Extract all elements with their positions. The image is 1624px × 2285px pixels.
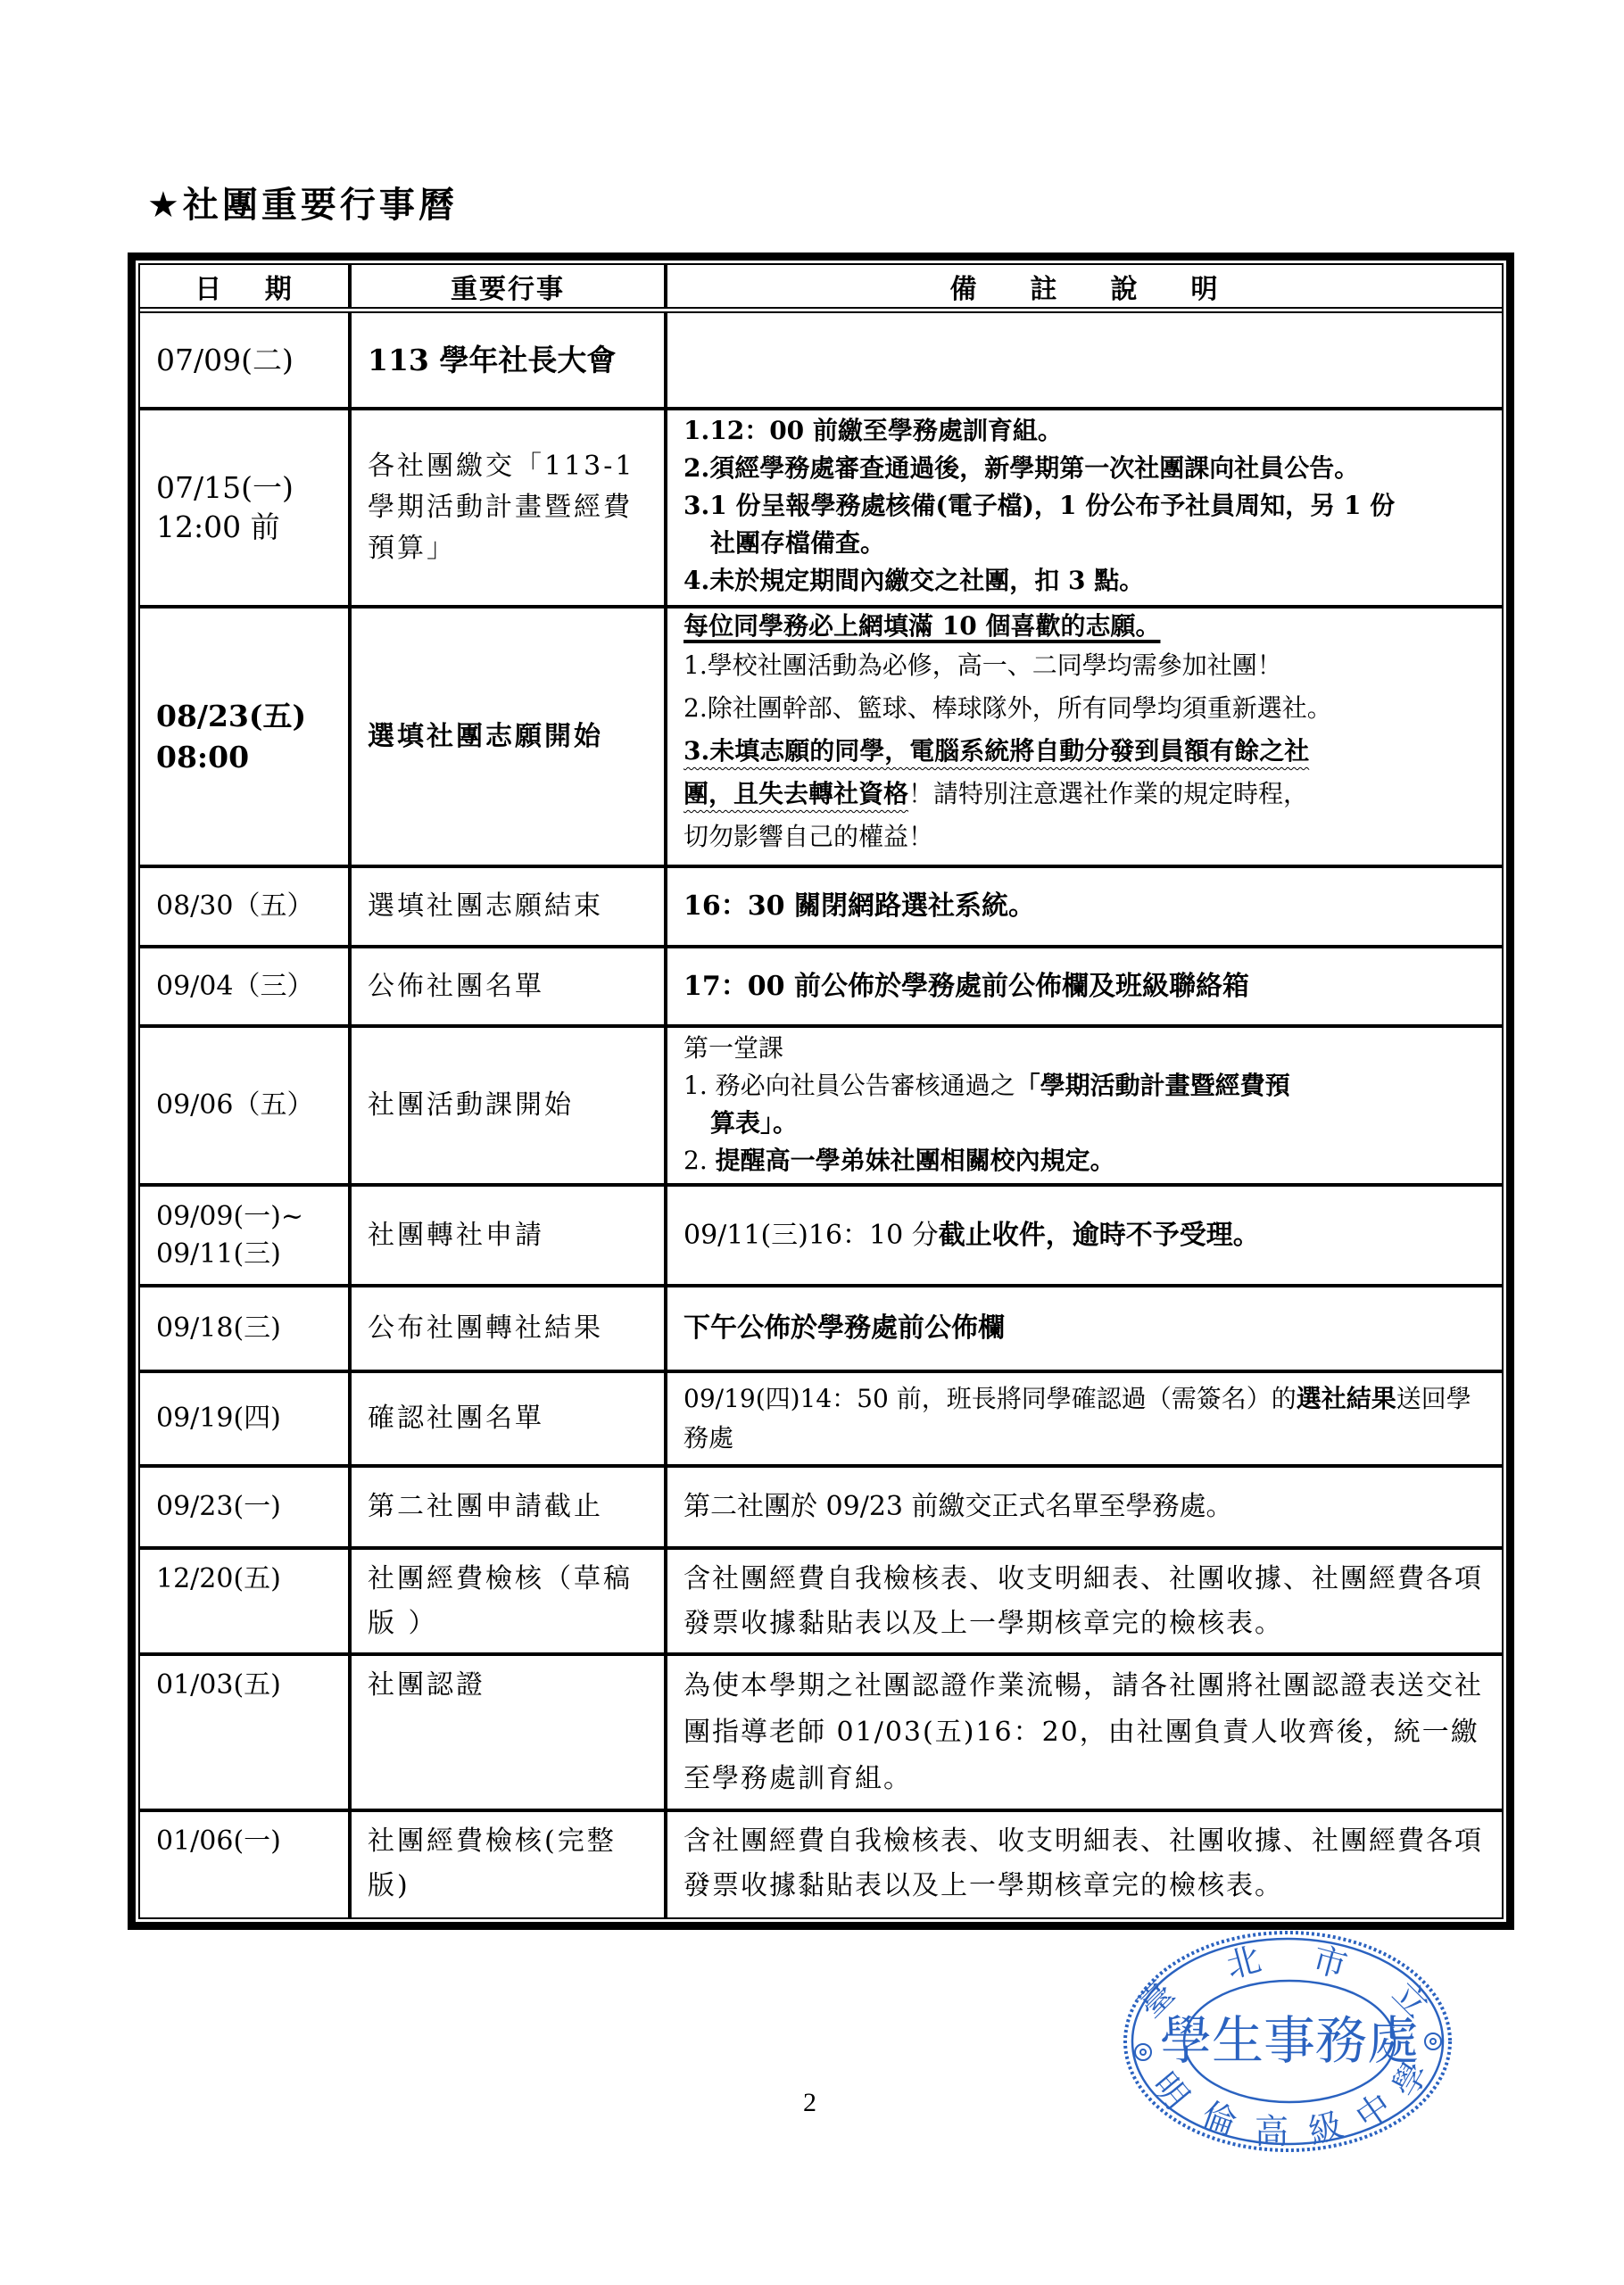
table-row: 07/15(一) 12:00 前 各社團繳交「113-1 學期活動計畫暨經費預算…	[140, 410, 1502, 609]
event-cell: 各社團繳交「113-1 學期活動計畫暨經費預算」	[352, 410, 667, 605]
event-text: 113 學年社長大會	[368, 338, 648, 383]
date-text: 08/30（五）	[156, 884, 332, 929]
event-text: 確認社團名單	[368, 1396, 648, 1441]
svg-text:高: 高	[1255, 2112, 1288, 2151]
note-emphasis: 截止收件，逾時不予受理。	[939, 1220, 1260, 1251]
time-text: 08:00	[156, 737, 332, 778]
event-cell: 社團經費檢核（草稿版 ）	[352, 1550, 667, 1652]
date-text: 08/23(五)	[156, 696, 332, 737]
svg-text:市: 市	[1308, 1939, 1351, 1985]
note-emphasis: 「學期活動計畫暨經費預	[1015, 1071, 1290, 1100]
notes-cell: 09/19(四)14：50 前，班長將同學確認過（需簽名）的選社結果送回學務處	[667, 1373, 1502, 1464]
header-notes-char: 備	[950, 267, 979, 306]
header-notes-char: 說	[1111, 267, 1139, 306]
note-line: 2.須經學務處審查通過後，新學期第一次社團課向社員公告。	[684, 450, 1486, 487]
event-cell: 社團轉社申請	[352, 1187, 667, 1284]
date-cell: 08/30（五）	[140, 868, 352, 945]
time-text: 12:00 前	[156, 508, 332, 547]
note-emphasis: 提醒高一學弟妹社團相關校內規定。	[716, 1146, 1115, 1175]
date-cell: 09/18(三)	[140, 1287, 352, 1370]
note-line: 2.除社團幹部、籃球、棒球隊外，所有同學均須重新選社。	[684, 687, 1486, 730]
date-cell: 09/09(一)~ 09/11(三)	[140, 1187, 352, 1284]
date-text: 09/18(三)	[156, 1306, 332, 1351]
note-warning: 3.未填志願的同學，電腦系統將自動分發到員額有餘之社	[684, 736, 1309, 766]
event-cell: 社團經費檢核(完整版)	[352, 1812, 667, 1917]
table-row: 08/23(五) 08:00 選填社團志願開始 每位同學務必上網填滿 10 個喜…	[140, 609, 1502, 868]
note-line: 4.未於規定期間內繳交之社團，扣 3 點。	[684, 562, 1486, 600]
table-inner: 日 期 重要行事 備 註 說 明 07/09(二) 1	[138, 263, 1504, 1919]
header-event-label: 重要行事	[451, 267, 565, 306]
page-number: 2	[803, 2088, 816, 2118]
header-date-char: 日	[195, 267, 223, 306]
table-header-row: 日 期 重要行事 備 註 說 明	[140, 265, 1502, 313]
svg-text:中: 中	[1348, 2085, 1398, 2137]
event-text: 第二社團申請截止	[368, 1485, 648, 1529]
events-calendar-table: 日 期 重要行事 備 註 說 明 07/09(二) 1	[128, 253, 1514, 1930]
notes-cell: 09/11(三)16：10 分截止收件，逾時不予受理。	[667, 1187, 1502, 1284]
note-line: 1.學校社團活動為必修，高一、二同學均需參加社團！	[684, 644, 1486, 687]
date-cell: 01/03(五)	[140, 1656, 352, 1809]
event-cell: 公佈社團名單	[352, 948, 667, 1024]
event-text: 公佈社團名單	[368, 965, 648, 1009]
event-text: 社團活動課開始	[368, 1083, 648, 1128]
note-line: 第一堂課	[684, 1030, 1486, 1067]
header-date-char: 期	[265, 267, 294, 306]
header-notes: 備 註 說 明	[667, 265, 1502, 307]
notes-cell: 16：30 關閉網路選社系統。	[667, 868, 1502, 945]
event-text: 公布社團轉社結果	[368, 1306, 648, 1351]
table-row: 08/30（五） 選填社團志願結束 16：30 關閉網路選社系統。	[140, 868, 1502, 948]
notes-cell: 第二社團於 09/23 前繳交正式名單至學務處。	[667, 1468, 1502, 1546]
event-cell: 確認社團名單	[352, 1373, 667, 1464]
event-text: 社團轉社申請	[368, 1213, 648, 1258]
note-line: 為使本學期之社團認證作業流暢，請各社團將社團認證表送交社團指導老師 01/03(…	[684, 1670, 1483, 1794]
svg-text:北: 北	[1222, 1939, 1265, 1985]
header-notes-char: 註	[1031, 267, 1059, 306]
event-cell: 社團認證	[352, 1656, 667, 1809]
table-row: 09/18(三) 公布社團轉社結果 下午公佈於學務處前公佈欄	[140, 1287, 1502, 1373]
notes-cell: 每位同學務必上網填滿 10 個喜歡的志願。 1.學校社團活動為必修，高一、二同學…	[667, 609, 1502, 865]
table-row: 09/06（五） 社團活動課開始 第一堂課 1. 務必向社員公告審核通過之「學期…	[140, 1028, 1502, 1187]
notes-cell: 含社團經費自我檢核表、收支明細表、社團收據、社團經費各項發票收據黏貼表以及上一學…	[667, 1550, 1502, 1652]
table-row: 09/23(一) 第二社團申請截止 第二社團於 09/23 前繳交正式名單至學務…	[140, 1468, 1502, 1550]
page-title: ★社團重要行事曆	[147, 177, 458, 228]
notes-cell: 為使本學期之社團認證作業流暢，請各社團將社團認證表送交社團指導老師 01/03(…	[667, 1656, 1502, 1809]
table-row: 01/03(五) 社團認證 為使本學期之社團認證作業流暢，請各社團將社團認證表送…	[140, 1656, 1502, 1812]
note-warning: 團，且失去轉社資格	[684, 779, 908, 808]
official-seal-stamp: 學生事務處 臺 北 市 立 明 倫 高 級 中 學	[1122, 1929, 1454, 2154]
table-row: 09/19(四) 確認社團名單 09/19(四)14：50 前，班長將同學確認過…	[140, 1373, 1502, 1468]
date-text: 09/09(一)~	[156, 1198, 332, 1236]
date-text: 09/04（三）	[156, 965, 332, 1009]
date-text: 09/11(三)	[156, 1236, 332, 1273]
event-cell: 113 學年社長大會	[352, 313, 667, 407]
svg-text:明: 明	[1145, 2066, 1197, 2116]
note-line: 09/11(三)16：10 分	[684, 1220, 939, 1251]
event-text: 社團經費檢核（草稿版 ）	[368, 1563, 633, 1639]
event-cell: 選填社團志願結束	[352, 868, 667, 945]
date-cell: 12/20(五)	[140, 1550, 352, 1652]
note-line: ！請特別注意選社作業的規定時程，	[908, 779, 1308, 808]
date-text: 12/20(五)	[156, 1563, 281, 1594]
notes-cell	[667, 313, 1502, 407]
note-line: 第二社團於 09/23 前繳交正式名單至學務處。	[684, 1485, 1486, 1529]
notes-cell: 第一堂課 1. 務必向社員公告審核通過之「學期活動計畫暨經費預 算表」。 2. …	[667, 1028, 1502, 1183]
date-text: 09/06（五）	[156, 1083, 332, 1128]
header-date: 日 期	[140, 265, 352, 307]
seal-center-text: 學生事務處	[1160, 2010, 1419, 2071]
event-text: 選填社團志願結束	[368, 884, 648, 929]
note-line: 算表」。	[684, 1105, 1486, 1142]
note-line: 下午公佈於學務處前公佈欄	[684, 1306, 1486, 1351]
note-line: 16：30 關閉網路選社系統。	[684, 884, 1486, 929]
table-row: 07/09(二) 113 學年社長大會	[140, 313, 1502, 410]
header-notes-char: 明	[1191, 267, 1220, 306]
date-cell: 07/09(二)	[140, 313, 352, 407]
seal-icon: 學生事務處 臺 北 市 立 明 倫 高 級 中 學	[1122, 1929, 1454, 2154]
event-cell: 選填社團志願開始	[352, 609, 667, 865]
notes-cell: 含社團經費自我檢核表、收支明細表、社團收據、社團經費各項發票收據黏貼表以及上一學…	[667, 1812, 1502, 1917]
date-text: 01/06(一)	[156, 1826, 281, 1857]
event-cell: 公布社團轉社結果	[352, 1287, 667, 1370]
note-line: 1.12：00 前繳至學務處訓育組。	[684, 412, 1486, 450]
note-line: 社團存檔備查。	[684, 525, 1486, 562]
event-text: 選填社團志願開始	[368, 715, 648, 759]
note-line: 2.	[684, 1146, 716, 1175]
notes-cell: 下午公佈於學務處前公佈欄	[667, 1287, 1502, 1370]
date-text: 09/23(一)	[156, 1485, 332, 1529]
table-row: 12/20(五) 社團經費檢核（草稿版 ） 含社團經費自我檢核表、收支明細表、社…	[140, 1550, 1502, 1656]
date-text: 07/09(二)	[156, 338, 332, 383]
table-row: 01/06(一) 社團經費檢核(完整版) 含社團經費自我檢核表、收支明細表、社團…	[140, 1812, 1502, 1917]
event-text: 社團經費檢核(完整版)	[368, 1826, 617, 1901]
table-row: 09/09(一)~ 09/11(三) 社團轉社申請 09/11(三)16：10 …	[140, 1187, 1502, 1287]
header-event: 重要行事	[352, 265, 667, 307]
note-line: 3.1 份呈報學務處核備(電子檔)，1 份公布予社員周知，另 1 份	[684, 487, 1486, 525]
note-line: 含社團經費自我檢核表、收支明細表、社團收據、社團經費各項發票收據黏貼表以及上一學…	[684, 1563, 1483, 1639]
date-text: 09/19(四)	[156, 1396, 332, 1441]
note-emphasis: 選社結果	[1297, 1384, 1396, 1413]
date-cell: 09/19(四)	[140, 1373, 352, 1464]
note-line: 17：00 前公佈於學務處前公佈欄及班級聯絡箱	[684, 965, 1486, 1009]
notes-cell: 17：00 前公佈於學務處前公佈欄及班級聯絡箱	[667, 948, 1502, 1024]
event-cell: 第二社團申請截止	[352, 1468, 667, 1546]
table-row: 09/04（三） 公佈社團名單 17：00 前公佈於學務處前公佈欄及班級聯絡箱	[140, 948, 1502, 1028]
date-text: 01/03(五)	[156, 1669, 281, 1701]
note-line: 切勿影響自己的權益！	[684, 815, 1486, 858]
note-line: 1. 務必向社員公告審核通過之	[684, 1071, 1015, 1100]
event-cell: 社團活動課開始	[352, 1028, 667, 1183]
note-emphasis: 每位同學務必上網填滿 10 個喜歡的志願。	[684, 611, 1160, 641]
date-cell: 09/06（五）	[140, 1028, 352, 1183]
date-cell: 09/04（三）	[140, 948, 352, 1024]
event-text: 各社團繳交「113-1 學期活動計畫暨經費預算」	[368, 446, 648, 569]
date-text: 07/15(一)	[156, 468, 332, 508]
date-cell: 09/23(一)	[140, 1468, 352, 1546]
note-line: 09/19(四)14：50 前，班長將同學確認過（需簽名）的	[684, 1384, 1297, 1413]
date-cell: 07/15(一) 12:00 前	[140, 410, 352, 605]
note-line: 含社團經費自我檢核表、收支明細表、社團收據、社團經費各項發票收據黏貼表以及上一學…	[684, 1826, 1483, 1901]
notes-cell: 1.12：00 前繳至學務處訓育組。 2.須經學務處審查通過後，新學期第一次社團…	[667, 410, 1502, 605]
date-cell: 08/23(五) 08:00	[140, 609, 352, 865]
date-cell: 01/06(一)	[140, 1812, 352, 1917]
event-text: 社團認證	[368, 1669, 485, 1701]
